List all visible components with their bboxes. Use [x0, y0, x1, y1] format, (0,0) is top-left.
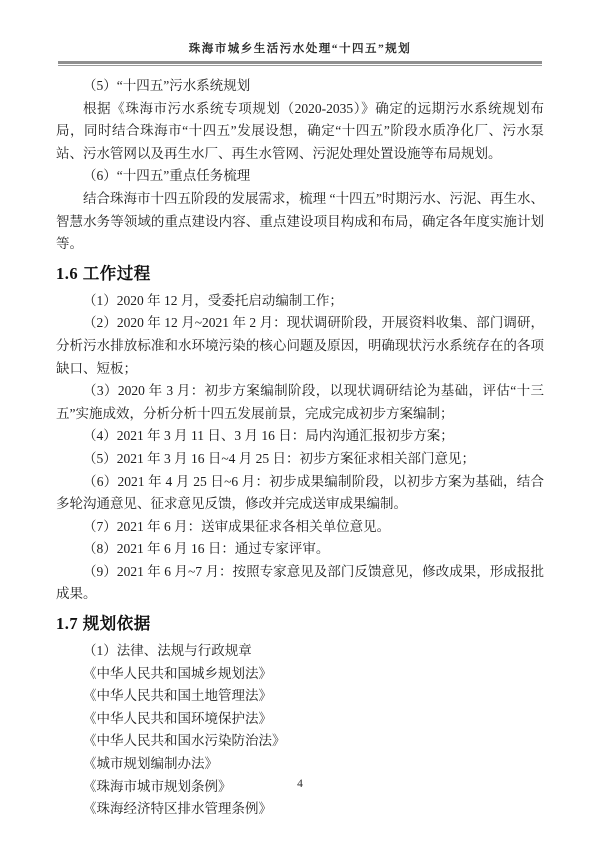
section-heading-1-7: 1.7 规划依据 — [56, 612, 544, 636]
paragraph-sub-heading: （5）“十四五”污水系统规划 — [56, 75, 544, 98]
reference-item: 《中华人民共和国水污染防治法》 — [56, 730, 544, 753]
paragraph-list-item: （9）2021 年 6 月~7 月：按照专家意见及部门反馈意见，修改成果，形成报… — [56, 561, 544, 606]
reference-item: 《珠海经济特区排水管理条例》 — [56, 798, 544, 821]
paragraph-list-item: （1）2020 年 12 月，受委托启动编制工作； — [56, 290, 544, 313]
section-heading-1-6: 1.6 工作过程 — [56, 262, 544, 286]
paragraph: 结合珠海市十四五阶段的发展需求，梳理 “十四五”时期污水、污泥、再生水、智慧水务… — [56, 188, 544, 256]
header-title: 珠海市城乡生活污水处理“十四五”规划 — [0, 41, 600, 57]
reference-item: 《中华人民共和国环境保护法》 — [56, 708, 544, 731]
page-footer: 4 — [0, 778, 600, 790]
paragraph-list-item: （2）2020 年 12 月~2021 年 2 月：现状调研阶段，开展资料收集、… — [56, 312, 544, 380]
paragraph-list-item: （5）2021 年 3 月 16 日~4 月 25 日：初步方案征求相关部门意见… — [56, 448, 544, 471]
paragraph-list-item: （7）2021 年 6 月：送审成果征求各相关单位意见。 — [56, 516, 544, 539]
reference-item: 《中华人民共和国城乡规划法》 — [56, 663, 544, 686]
paragraph-sub-heading: （6）“十四五”重点任务梳理 — [56, 165, 544, 188]
reference-item: 《中华人民共和国土地管理法》 — [56, 685, 544, 708]
paragraph: 根据《珠海市污水系统专项规划（2020-2035）》确定的远期污水系统规划布局，… — [56, 98, 544, 166]
paragraph-sub-heading: （1）法律、法规与行政规章 — [56, 640, 544, 663]
reference-item: 《城市规划编制办法》 — [56, 753, 544, 776]
page-number: 4 — [297, 778, 303, 790]
paragraph-list-item: （4）2021 年 3 月 11 日、3 月 16 日：局内沟通汇报初步方案； — [56, 425, 544, 448]
page-header: 珠海市城乡生活污水处理“十四五”规划 — [0, 0, 600, 66]
paragraph-list-item: （6）2021 年 4 月 25 日~6 月：初步成果编制阶段，以初步方案为基础… — [56, 471, 544, 516]
document-page: 珠海市城乡生活污水处理“十四五”规划 （5）“十四五”污水系统规划 根据《珠海市… — [0, 0, 600, 848]
paragraph-list-item: （3）2020 年 3 月：初步方案编制阶段，以现状调研结论为基础，评估“十三五… — [56, 380, 544, 425]
paragraph-list-item: （8）2021 年 6 月 16 日：通过专家评审。 — [56, 538, 544, 561]
header-rule — [58, 61, 542, 66]
document-body: （5）“十四五”污水系统规划 根据《珠海市污水系统专项规划（2020-2035）… — [56, 75, 544, 821]
